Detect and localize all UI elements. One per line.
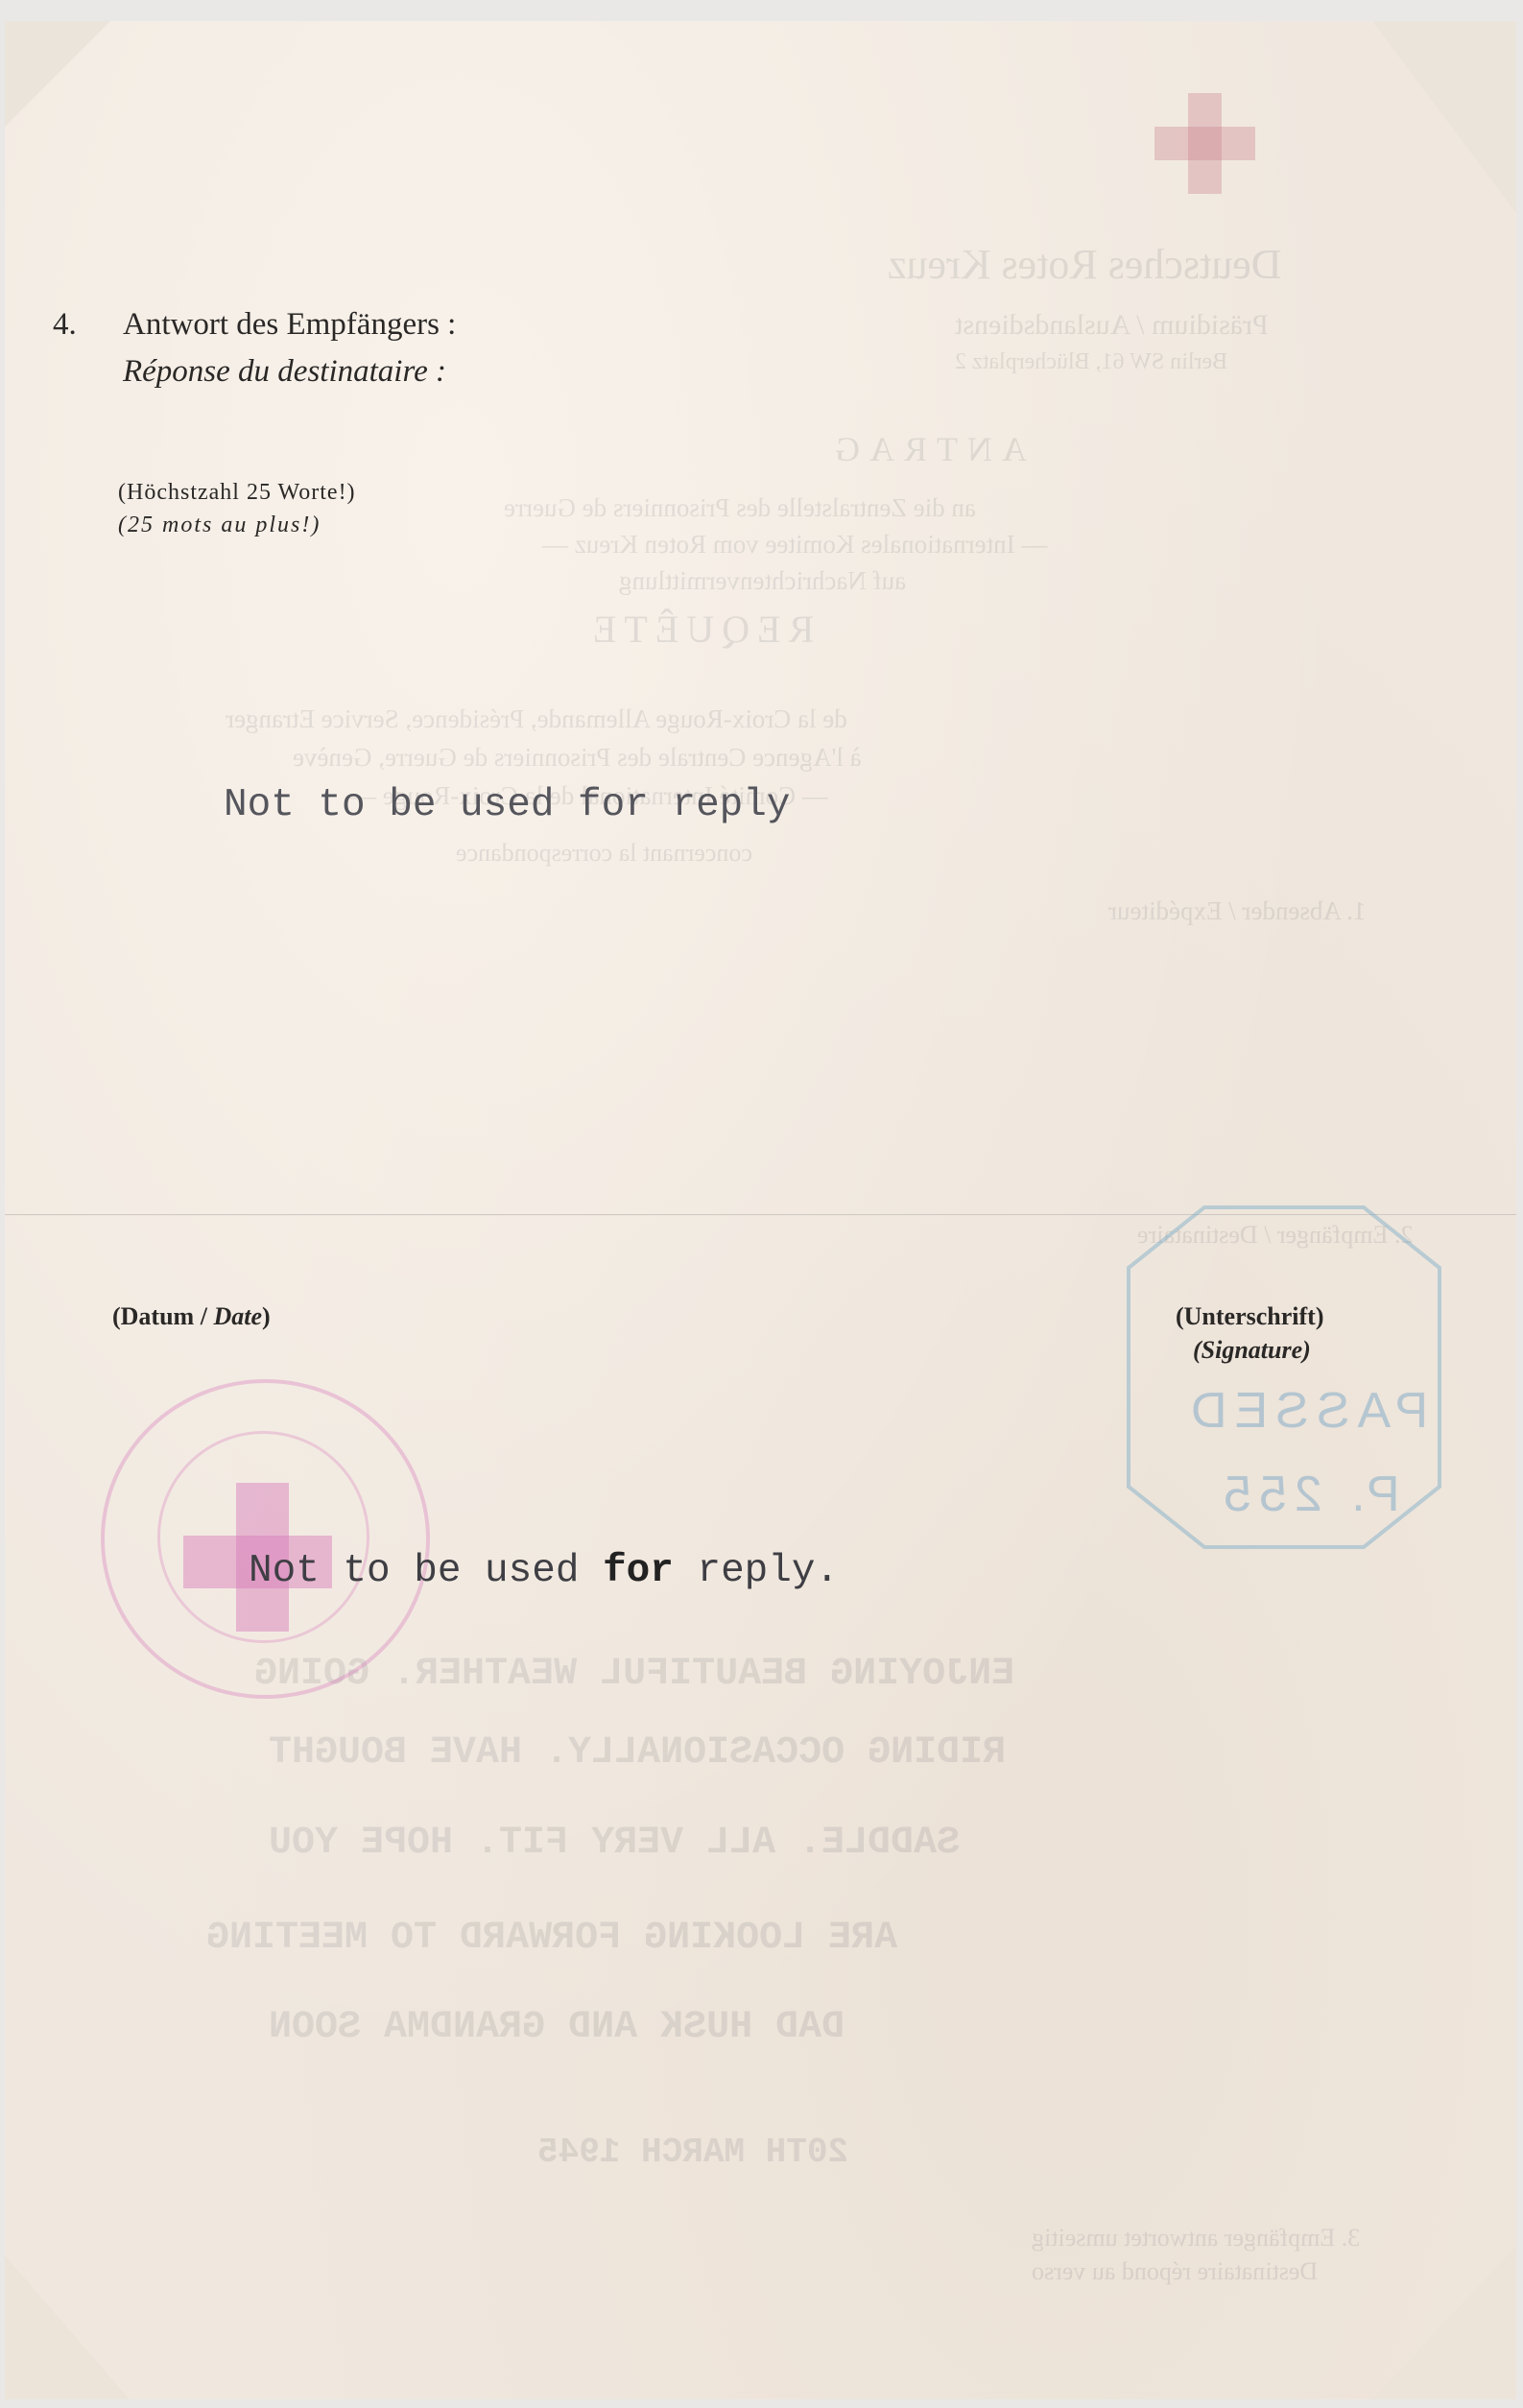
bleed-line-b: — Internationales Komitee vom Roten Kreu… — [542, 530, 1047, 560]
bleed-requete: REQUÊTE — [585, 607, 814, 652]
folded-corner-top-left — [5, 21, 110, 127]
red-cross-emblem-icon — [1154, 93, 1255, 194]
typed-note-top: Not to be used for reply — [224, 783, 791, 827]
bleed-line-e: à l'Agence Centrale des Prisonniers de G… — [293, 743, 862, 773]
word-limit-french: (25 mots au plus!) — [118, 513, 321, 538]
bleed-header-2: Präsidium / Auslandsdienst — [955, 309, 1269, 342]
folded-corner-bottom-left — [5, 2255, 130, 2399]
folded-corner-top-right — [1372, 21, 1516, 213]
folded-corner-bottom-right — [1372, 2246, 1516, 2399]
bleed-line-a: an die Zentralstelle des Prisonniers de … — [504, 493, 976, 523]
typed-note-bottom: Not to be used for reply. — [249, 1549, 839, 1593]
bleed-typed-e: ARE LOOKING FORWARD TO MEETING — [206, 1917, 897, 1960]
typed-note-bottom-suffix: reply. — [674, 1549, 839, 1593]
document-page: Deutsches Rotes Kreuz Präsidium / Auslan… — [5, 21, 1516, 2399]
bleed-line-c: auf Nachrichtenvermittlung — [619, 566, 906, 596]
word-limit-german: (Höchstzahl 25 Worte!) — [118, 480, 356, 506]
signature-label-german: (Unterschrift) — [1176, 1302, 1324, 1331]
bleed-header-3: Berlin SW 61, Blücherplatz 2 — [955, 349, 1227, 375]
date-label-french: Date — [213, 1302, 262, 1330]
bleed-typed-f: DAD HUSK AND GRANDMA SOON — [269, 2006, 845, 2049]
bleed-dest-repond: Destinataire répond au verso — [1032, 2257, 1318, 2286]
date-label: (Datum / Date) — [112, 1302, 271, 1331]
section-title-french: Réponse du destinataire : — [123, 354, 446, 390]
icrc-stamp-cross-layer — [101, 1379, 422, 1691]
bleed-absender: 1. Absender / Expéditeur — [1108, 896, 1366, 926]
bleed-typed-d: SADDLE. ALL VERY FIT. HOPE YOU — [269, 1822, 960, 1865]
bleed-header-1: Deutsches Rotes Kreuz — [888, 240, 1282, 289]
censor-stamp-passed: PASSED — [1183, 1382, 1428, 1440]
bleed-antrag: ANTRAG — [825, 429, 1027, 469]
section-title-german: Antwort des Empfängers : — [123, 307, 456, 343]
censor-stamp-number: P. 255 — [1216, 1466, 1400, 1523]
signature-label-english: (Signature) — [1193, 1336, 1311, 1365]
section-number: 4. — [53, 307, 77, 343]
date-label-close: ) — [262, 1302, 271, 1330]
bleed-line-d: de la Croix-Rouge Allemande, Présidence,… — [226, 704, 847, 734]
bleed-line-g: concernant la correspondance — [456, 839, 752, 868]
typed-note-bottom-prefix: Not to be used — [249, 1549, 603, 1593]
bleed-empf-antwort: 3. Empfänger antwortet umseitig — [1032, 2224, 1360, 2253]
typed-note-bottom-overstrike: for — [603, 1549, 674, 1593]
bleed-typed-c: RIDING OCCASIONALLY. HAVE BOUGHT — [269, 1731, 1006, 1775]
date-label-german: (Datum / — [112, 1302, 213, 1330]
bleed-date-typed: 20TH MARCH 1945 — [537, 2133, 848, 2172]
